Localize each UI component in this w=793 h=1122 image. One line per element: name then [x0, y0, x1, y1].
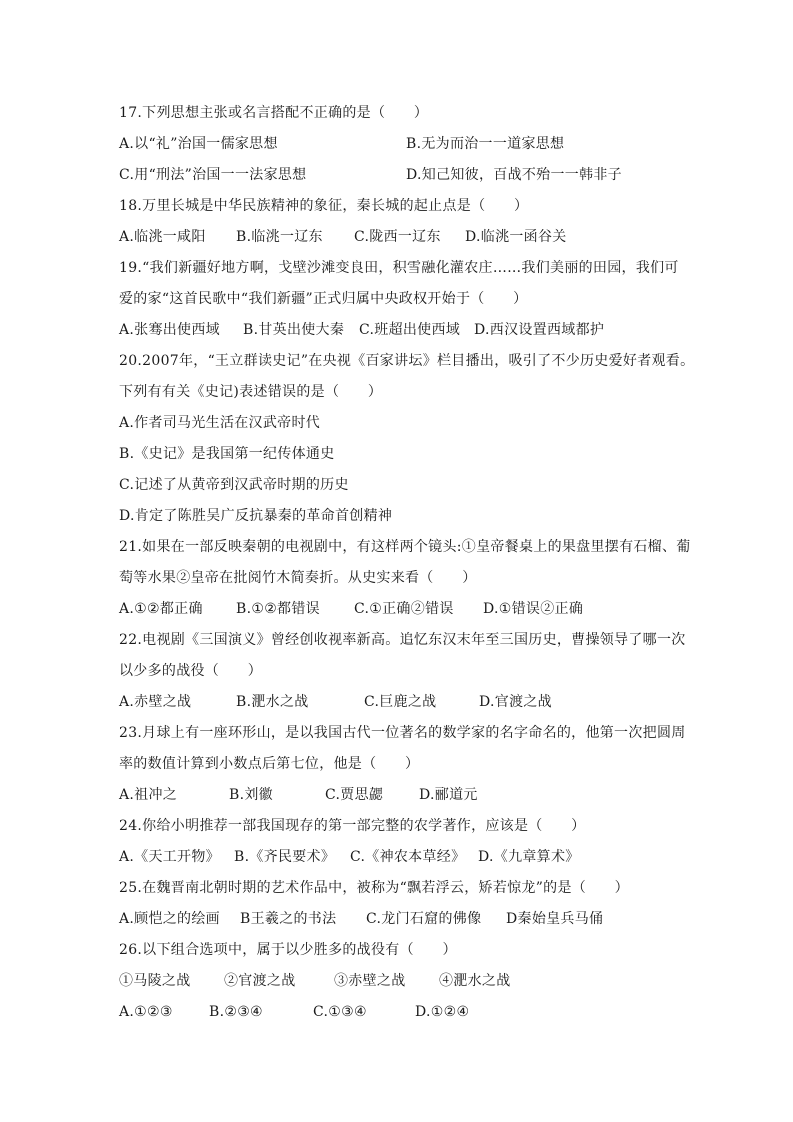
answer-option: D秦始皇兵马俑 — [506, 909, 603, 930]
answer-option: B.刘徽 — [229, 785, 273, 806]
option-row: A.张骞出使西域B.甘英出使大秦C.班超出使西域D.西汉设置西域都护 — [119, 320, 679, 351]
question-25: 25.在魏晋南北朝时期的艺术作品中，被称为“飘若浮云，矫若惊龙”的是（ ）A.顾… — [119, 878, 679, 940]
answer-option: A.①②都正确 — [119, 599, 203, 620]
answer-option: B.①②都错误 — [236, 599, 320, 620]
answer-option: A.以“礼”治国一儒家思想 — [119, 134, 278, 155]
answer-option: B王羲之的书法 — [240, 909, 336, 930]
answer-option: B.②③④ — [209, 1002, 263, 1023]
option-row: D.肯定了陈胜吴广反抗暴秦的革命首创精神 — [119, 506, 679, 537]
question-18: 18.万里长城是中华民族精神的象征，秦长城的起止点是（ ）A.临洮一咸阳B.临洮… — [119, 196, 679, 258]
answer-option: C.《神农本草经》 — [350, 847, 465, 868]
answer-option: C.龙门石窟的佛像 — [366, 909, 481, 930]
question-23: 23.月球上有一座环形山，是以我国古代一位著名的数学家的名字命名的，他第一次把圆… — [119, 723, 679, 816]
answer-option: A.临洮一咸阳 — [119, 227, 206, 248]
answer-option: ③赤壁之战 — [334, 971, 406, 992]
question-stem: 爱的家“这首民歌中“我们新疆”正式归属中央政权开始于（ ） — [119, 289, 679, 320]
answer-option: D.①错误②正确 — [483, 599, 583, 620]
answer-option: B.无为而治一一道家思想 — [406, 134, 564, 155]
answer-option: D.①②④ — [415, 1002, 469, 1023]
option-row: ①马陵之战②官渡之战③赤壁之战④淝水之战 — [119, 971, 679, 1002]
option-row: A.以“礼”治国一儒家思想B.无为而治一一道家思想 — [119, 134, 679, 165]
answer-option: C.巨鹿之战 — [364, 692, 436, 713]
question-stem: 20.2007年，“王立群读史记”在央视《百家讲坛》栏目播出，吸引了不少历史爱好… — [119, 351, 679, 382]
answer-option: ①马陵之战 — [119, 971, 191, 992]
answer-option: A.张骞出使西域 — [119, 320, 220, 341]
option-row: A.作者司马光生活在汉武帝时代 — [119, 413, 679, 444]
option-row: A.《天工开物》B.《齐民要术》C.《神农本草经》D.《九章算术》 — [119, 847, 679, 878]
answer-option: B.淝水之战 — [236, 692, 309, 713]
question-stem: 22.电视剧《三国演义》曾经创收视率新高。追忆东汉末年至三国历史，曹操领导了哪一… — [119, 630, 679, 661]
option-row: C.记述了从黄帝到汉武帝时期的历史 — [119, 475, 679, 506]
question-stem: 24.你给小明推荐一部我国现存的第一部完整的农学著作，应该是（ ） — [119, 816, 679, 847]
question-stem: 21.如果在一部反映秦朝的电视剧中，有这样两个镜头:①皇帝餐桌上的果盘里摆有石榴… — [119, 537, 679, 568]
answer-option: ④淝水之战 — [439, 971, 511, 992]
question-stem: 18.万里长城是中华民族精神的象征，秦长城的起止点是（ ） — [119, 196, 679, 227]
answer-option: C.陇西一辽东 — [354, 227, 441, 248]
answer-option: A.作者司马光生活在汉武帝时代 — [119, 413, 320, 434]
answer-option: C.贾思勰 — [325, 785, 383, 806]
question-stem: 萄等水果②皇帝在批阅竹木简奏折。从史实来看（ ） — [119, 568, 679, 599]
answer-option: A.《天工开物》 — [119, 847, 220, 868]
question-stem: 25.在魏晋南北朝时期的艺术作品中，被称为“飘若浮云，矫若惊龙”的是（ ） — [119, 878, 679, 909]
option-row: A.①②③B.②③④C.①③④D.①②④ — [119, 1002, 679, 1033]
question-21: 21.如果在一部反映秦朝的电视剧中，有这样两个镜头:①皇帝餐桌上的果盘里摆有石榴… — [119, 537, 679, 630]
option-row: A.顾恺之的绘画B王羲之的书法C.龙门石窟的佛像D秦始皇兵马俑 — [119, 909, 679, 940]
question-stem: 26.以下组合选项中，属于以少胜多的战役有（ ） — [119, 940, 679, 971]
question-stem: 以少多的战役（ ） — [119, 661, 679, 692]
option-row: C.用“刑法”治国一一法家思想D.知己知彼，百战不殆一一韩非子 — [119, 165, 679, 196]
answer-option: ②官渡之战 — [224, 971, 296, 992]
answer-option: C.用“刑法”治国一一法家思想 — [119, 165, 306, 186]
option-row: A.临洮一咸阳B.临洮一辽东C.陇西一辽东D.临洮一函谷关 — [119, 227, 679, 258]
answer-option: D.肯定了陈胜吴广反抗暴秦的革命首创精神 — [119, 506, 392, 527]
question-17: 17.下列思想主张或名言搭配不正确的是（ ）A.以“礼”治国一儒家思想B.无为而… — [119, 103, 679, 196]
answer-option: B.《史记》是我国第一纪传体通史 — [119, 444, 335, 465]
answer-option: D.知己知彼，百战不殆一一韩非子 — [406, 165, 622, 186]
answer-option: D.临洮一函谷关 — [465, 227, 567, 248]
question-26: 26.以下组合选项中，属于以少胜多的战役有（ ）①马陵之战②官渡之战③赤壁之战④… — [119, 940, 679, 1033]
answer-option: D.郦道元 — [419, 785, 478, 806]
answer-option: C.班超出使西域 — [359, 320, 460, 341]
answer-option: D.官渡之战 — [479, 692, 552, 713]
answer-option: B.甘英出使大秦 — [243, 320, 344, 341]
question-19: 19.“我们新疆好地方啊，戈壁沙滩变良田，积雪融化灌农庄……我们美丽的田园，我们… — [119, 258, 679, 351]
question-20: 20.2007年，“王立群读史记”在央视《百家讲坛》栏目播出，吸引了不少历史爱好… — [119, 351, 679, 537]
answer-option: C.记述了从黄帝到汉武帝时期的历史 — [119, 475, 349, 496]
answer-option: C.①正确②错误 — [354, 599, 454, 620]
question-24: 24.你给小明推荐一部我国现存的第一部完整的农学著作，应该是（ ）A.《天工开物… — [119, 816, 679, 878]
answer-option: D.《九章算术》 — [478, 847, 580, 868]
answer-option: A.顾恺之的绘画 — [119, 909, 220, 930]
question-stem: 19.“我们新疆好地方啊，戈壁沙滩变良田，积雪融化灌农庄……我们美丽的田园，我们… — [119, 258, 679, 289]
option-row: A.①②都正确B.①②都错误C.①正确②错误D.①错误②正确 — [119, 599, 679, 630]
question-stem: 率的数值计算到小数点后第七位，他是（ ） — [119, 754, 679, 785]
question-stem: 17.下列思想主张或名言搭配不正确的是（ ） — [119, 103, 679, 134]
exam-page: 17.下列思想主张或名言搭配不正确的是（ ）A.以“礼”治国一儒家思想B.无为而… — [119, 103, 679, 1033]
answer-option: D.西汉设置西域都护 — [474, 320, 604, 341]
question-stem: 23.月球上有一座环形山，是以我国古代一位著名的数学家的名字命名的，他第一次把圆… — [119, 723, 679, 754]
option-row: A.赤壁之战B.淝水之战C.巨鹿之战D.官渡之战 — [119, 692, 679, 723]
answer-option: A.赤壁之战 — [119, 692, 191, 713]
question-stem: 下列有有关《史记)表述错误的是（ ） — [119, 382, 679, 413]
answer-option: B.临洮一辽东 — [236, 227, 323, 248]
answer-option: C.①③④ — [313, 1002, 367, 1023]
answer-option: B.《齐民要术》 — [234, 847, 335, 868]
answer-option: A.祖冲之 — [119, 785, 177, 806]
answer-option: A.①②③ — [119, 1002, 173, 1023]
question-22: 22.电视剧《三国演义》曾经创收视率新高。追忆东汉末年至三国历史，曹操领导了哪一… — [119, 630, 679, 723]
option-row: A.祖冲之B.刘徽C.贾思勰D.郦道元 — [119, 785, 679, 816]
option-row: B.《史记》是我国第一纪传体通史 — [119, 444, 679, 475]
